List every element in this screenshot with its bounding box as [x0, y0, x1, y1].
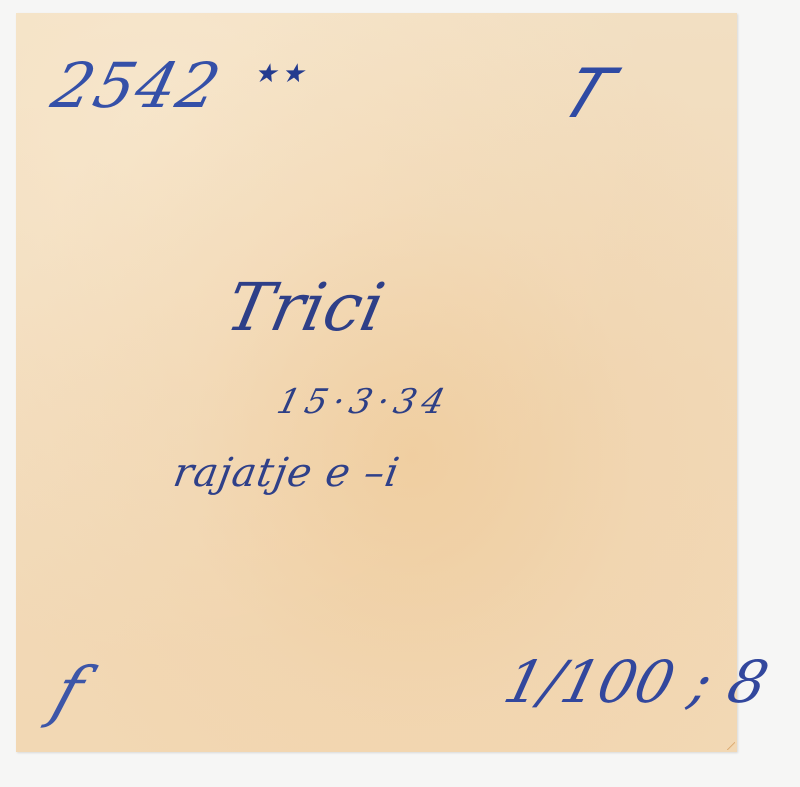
date: 15·3·34: [274, 385, 454, 419]
star-marks: ★★: [254, 61, 309, 87]
bottom-left-mark: f: [45, 659, 91, 725]
corner-letter: T: [549, 57, 622, 129]
index-card: 2542 ★★ T Trici 15·3·34 rajatje e –i f 1…: [16, 13, 737, 752]
specimen-name: Trici: [221, 275, 390, 341]
scale-annotation: 1/100 ; 8: [499, 653, 774, 711]
corner-stain: [727, 742, 735, 750]
catalog-number: 2542: [46, 55, 227, 117]
handwritten-note: rajatje e –i: [170, 453, 402, 493]
